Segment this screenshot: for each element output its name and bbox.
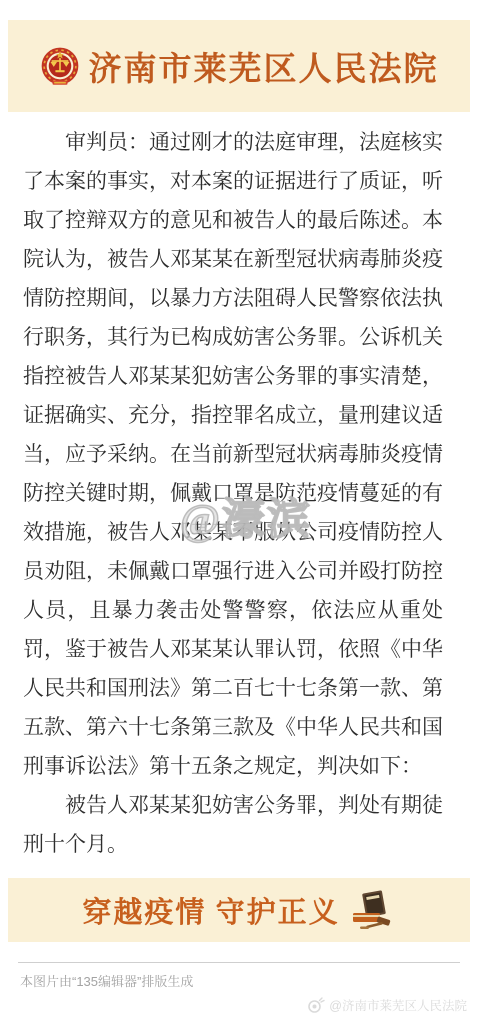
footer-banner: 穿越疫情 守护正义 xyxy=(8,878,470,942)
divider-line xyxy=(18,962,460,963)
footer-slogan: 穿越疫情 守护正义 xyxy=(82,890,339,931)
court-emblem-icon xyxy=(40,45,80,87)
weibo-eye-icon xyxy=(306,996,326,1014)
gavel-books-icon xyxy=(348,888,396,932)
verdict-paragraph-2: 被告人邓某某犯妨害公务罪，判处有期徒刑十个月。 xyxy=(23,786,443,864)
weibo-account-name: @济南市莱芜区人民法院 xyxy=(329,996,467,1014)
verdict-text: 审判员：通过刚才的法庭审理，法庭核实了本案的事实，对本案的证据进行了质证，听取了… xyxy=(23,123,443,864)
generator-caption: 本图片由“135编辑器”排版生成 xyxy=(20,971,193,990)
weibo-watermark: @济南市莱芜区人民法院 xyxy=(306,996,467,1014)
court-verdict-image: 济南市莱芜区人民法院 审判员：通过刚才的法庭审理，法庭核实了本案的事实，对本案的… xyxy=(0,0,480,1025)
page-title: 济南市莱芜区人民法院 xyxy=(89,43,439,90)
verdict-paragraph-1: 审判员：通过刚才的法庭审理，法庭核实了本案的事实，对本案的证据进行了质证，听取了… xyxy=(23,123,443,786)
header-banner: 济南市莱芜区人民法院 xyxy=(8,20,470,112)
